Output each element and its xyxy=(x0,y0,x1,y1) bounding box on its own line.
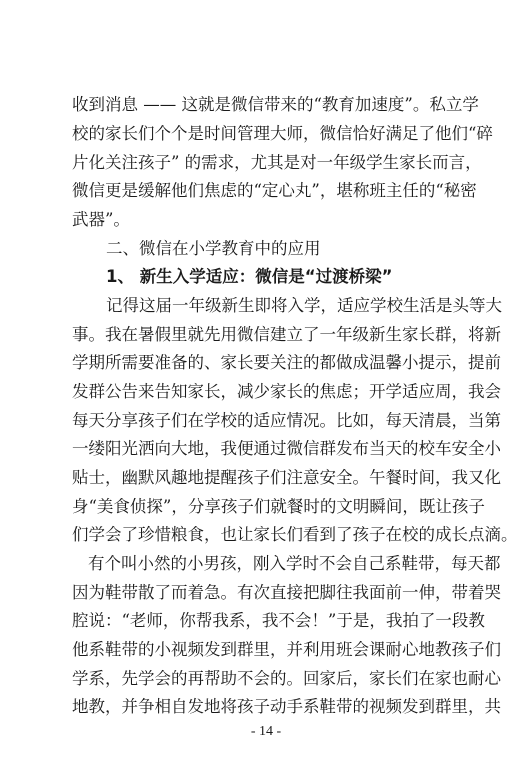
document-page: 收到消息 —— 这就是微信带来的“教育加速度”。私立学 校的家长们个个是时间管理… xyxy=(0,0,532,768)
paragraph-line: 学期所需要准备的、家长要关注的都做成温馨小提示，提前 xyxy=(72,348,462,377)
page-number: - 14 - xyxy=(0,724,532,740)
paragraph-line: 收到消息 —— 这就是微信带来的“教育加速度”。私立学 xyxy=(72,90,462,119)
paragraph-line: 记得这届一年级新生即将入学，适应学校生活是头等大 xyxy=(106,291,462,320)
paragraph-line: 一缕阳光洒向大地，我便通过微信群发布当天的校车安全小 xyxy=(72,434,462,463)
paragraph-line: 微信更是缓解他们焦虑的“定心丸”，堪称班主任的“秘密 xyxy=(72,176,462,205)
paragraph-line: 校的家长们个个是时间管理大师，微信恰好满足了他们“碎 xyxy=(72,119,462,148)
paragraph-line: 有个叫小然的小男孩，刚入学时不会自己系鞋带，每天都 xyxy=(88,549,462,578)
paragraph-line: 因为鞋带散了而着急。有次直接把脚往我面前一伸，带着哭 xyxy=(72,578,462,607)
paragraph-line: 武器”。 xyxy=(72,205,462,234)
paragraph-line: 片化关注孩子” 的需求，尤其是对一年级学生家长而言， xyxy=(72,148,462,177)
paragraph-line: 身“美食侦探”，分享孩子们就餐时的文明瞬间，既让孩子 xyxy=(72,492,462,521)
paragraph-line: 发群公告来告知家长，减少家长的焦虑；开学适应周，我会 xyxy=(72,377,462,406)
subsection-heading: 1、 新生入学适应：微信是“过渡桥梁” xyxy=(106,262,462,291)
paragraph-line: 事。我在暑假里就先用微信建立了一年级新生家长群，将新 xyxy=(72,320,462,349)
paragraph-line: 每天分享孩子们在学校的适应情况。比如，每天清晨，当第 xyxy=(72,406,462,435)
paragraph-line: 地教，并争相自发地将孩子动手系鞋带的视频发到群里，共 xyxy=(72,692,462,721)
paragraph-line: 们学会了珍惜粮食，也让家长们看到了孩子在校的成长点滴。 xyxy=(72,520,468,549)
paragraph-line: 贴士，幽默风趣地提醒孩子们注意安全。午餐时间，我又化 xyxy=(72,463,462,492)
paragraph-line: 腔说：“老师，你帮我系，我不会！”于是，我拍了一段教 xyxy=(72,606,462,635)
paragraph-line: 学系，先学会的再帮助不会的。回家后，家长们在家也耐心 xyxy=(72,664,462,693)
paragraph-line: 他系鞋带的小视频发到群里，并利用班会课耐心地教孩子们 xyxy=(72,635,462,664)
section-heading: 二、微信在小学教育中的应用 xyxy=(106,234,462,263)
